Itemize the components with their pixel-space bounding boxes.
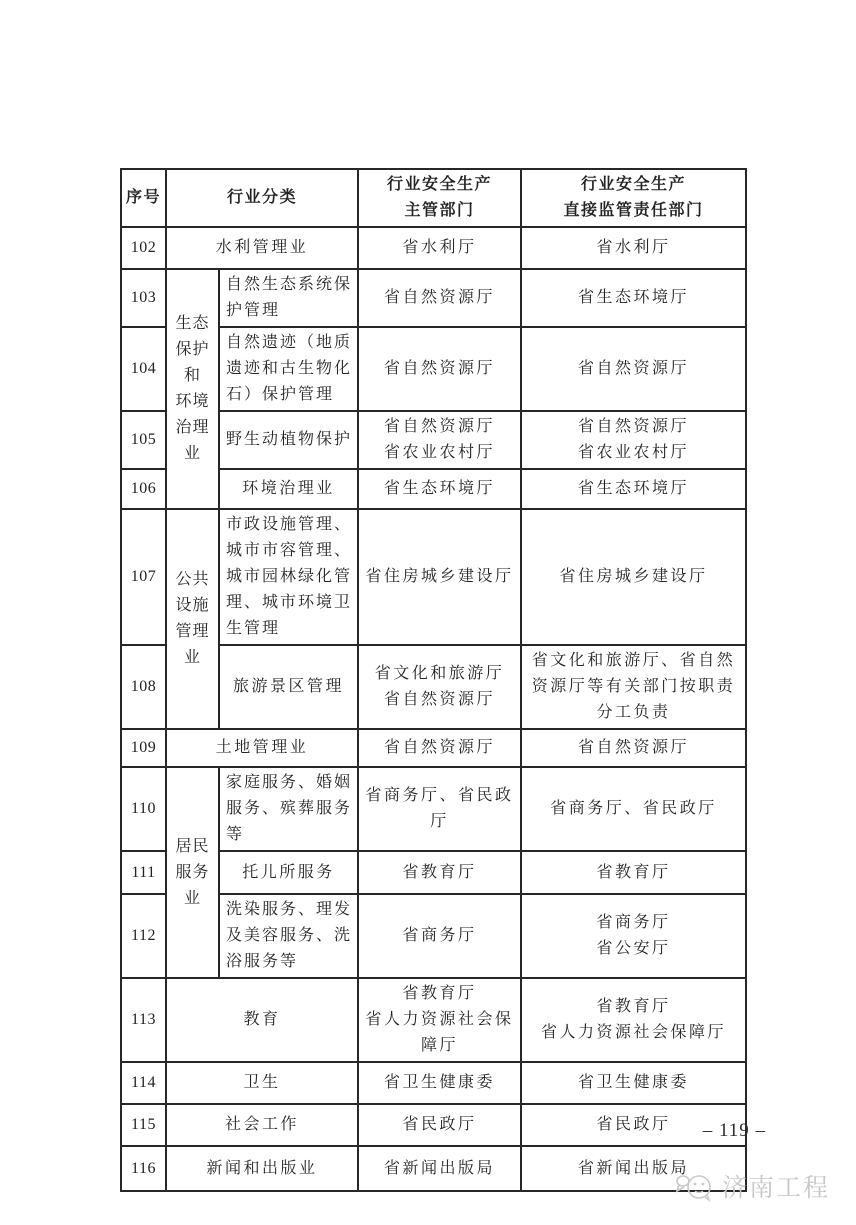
industry-cell: 市政设施管理、城市市容管理、城市园林绿化管理、城市环境卫生管理	[219, 509, 358, 645]
resp-cell: 省商务厅 省公安厅	[521, 894, 746, 978]
resp-cell: 省自然资源厅	[521, 327, 746, 411]
industry-group-cell: 生态 保护和 环境 治理业	[166, 269, 219, 509]
row-no: 104	[121, 327, 166, 411]
industry-cell: 旅游景区管理	[219, 645, 358, 729]
watermark-logo-text: 济南工程	[722, 1168, 830, 1204]
dept-cell: 省自然资源厅	[358, 269, 521, 327]
dept-cell: 省商务厅、省民政厅	[358, 767, 521, 851]
industry-cell: 环境治理业	[219, 469, 358, 509]
row-no: 109	[121, 729, 166, 767]
header-industry: 行业分类	[166, 169, 358, 227]
resp-cell: 省生态环境厅	[521, 269, 746, 327]
resp-cell: 省自然资源厅	[521, 729, 746, 767]
industry-cell: 教育	[166, 978, 358, 1062]
resp-cell: 省住房城乡建设厅	[521, 509, 746, 645]
dept-cell: 省文化和旅游厅 省自然资源厅	[358, 645, 521, 729]
dept-cell: 省民政厅	[358, 1104, 521, 1146]
row-no: 111	[121, 851, 166, 894]
industry-cell: 托儿所服务	[219, 851, 358, 894]
industry-cell: 社会工作	[166, 1104, 358, 1146]
resp-cell: 省水利厅	[521, 227, 746, 269]
row-no: 112	[121, 894, 166, 978]
industry-cell: 野生动植物保护	[219, 411, 358, 469]
dept-cell: 省教育厅	[358, 851, 521, 894]
row-no: 114	[121, 1062, 166, 1104]
row-no: 108	[121, 645, 166, 729]
table-row: 113 教育 省教育厅 省人力资源社会保障厅 省教育厅 省人力资源社会保障厅	[121, 978, 746, 1062]
table-header-row: 序号 行业分类 行业安全生产 主管部门 行业安全生产 直接监管责任部门	[121, 169, 746, 227]
table-row: 110 居民 服务业 家庭服务、婚姻服务、殡葬服务等 省商务厅、省民政厅 省商务…	[121, 767, 746, 851]
header-resp: 行业安全生产 直接监管责任部门	[521, 169, 746, 227]
table-row: 107 公共 设施 管理业 市政设施管理、城市市容管理、城市园林绿化管理、城市环…	[121, 509, 746, 645]
industry-cell: 水利管理业	[166, 227, 358, 269]
header-no: 序号	[121, 169, 166, 227]
row-no: 110	[121, 767, 166, 851]
row-no: 115	[121, 1104, 166, 1146]
table-row: 116 新闻和出版业 省新闻出版局 省新闻出版局	[121, 1146, 746, 1191]
row-no: 116	[121, 1146, 166, 1191]
document-page: 序号 行业分类 行业安全生产 主管部门 行业安全生产 直接监管责任部门 102 …	[0, 0, 856, 1225]
dept-cell: 省自然资源厅	[358, 327, 521, 411]
dept-cell: 省住房城乡建设厅	[358, 509, 521, 645]
industry-cell: 新闻和出版业	[166, 1146, 358, 1191]
row-no: 107	[121, 509, 166, 645]
dept-cell: 省水利厅	[358, 227, 521, 269]
dept-cell: 省自然资源厅 省农业农村厅	[358, 411, 521, 469]
row-no: 102	[121, 227, 166, 269]
table-row: 102 水利管理业 省水利厅 省水利厅	[121, 227, 746, 269]
table-row: 114 卫生 省卫生健康委 省卫生健康委	[121, 1062, 746, 1104]
resp-cell: 省生态环境厅	[521, 469, 746, 509]
row-no: 106	[121, 469, 166, 509]
table-row: 103 生态 保护和 环境 治理业 自然生态系统保护管理 省自然资源厅 省生态环…	[121, 269, 746, 327]
header-dept: 行业安全生产 主管部门	[358, 169, 521, 227]
watermark-logo: 济南工程	[675, 1168, 830, 1204]
industry-cell: 自然遗迹（地质遗迹和古生物化石）保护管理	[219, 327, 358, 411]
industry-cell: 自然生态系统保护管理	[219, 269, 358, 327]
resp-cell: 省教育厅	[521, 851, 746, 894]
resp-cell: 省文化和旅游厅、省自然资源厅等有关部门按职责分工负责	[521, 645, 746, 729]
row-no: 105	[121, 411, 166, 469]
dept-cell: 省商务厅	[358, 894, 521, 978]
industry-cell: 卫生	[166, 1062, 358, 1104]
industry-cell: 土地管理业	[166, 729, 358, 767]
resp-cell: 省商务厅、省民政厅	[521, 767, 746, 851]
dept-cell: 省教育厅 省人力资源社会保障厅	[358, 978, 521, 1062]
row-no: 103	[121, 269, 166, 327]
resp-cell: 省教育厅 省人力资源社会保障厅	[521, 978, 746, 1062]
chick-megaphone-icon	[675, 1169, 715, 1203]
table-row: 109 土地管理业 省自然资源厅 省自然资源厅	[121, 729, 746, 767]
industry-supervision-table: 序号 行业分类 行业安全生产 主管部门 行业安全生产 直接监管责任部门 102 …	[120, 168, 747, 1192]
dept-cell: 省生态环境厅	[358, 469, 521, 509]
dept-cell: 省自然资源厅	[358, 729, 521, 767]
page-number: – 119 –	[703, 1120, 766, 1142]
industry-cell: 家庭服务、婚姻服务、殡葬服务等	[219, 767, 358, 851]
resp-cell: 省自然资源厅 省农业农村厅	[521, 411, 746, 469]
dept-cell: 省新闻出版局	[358, 1146, 521, 1191]
dept-cell: 省卫生健康委	[358, 1062, 521, 1104]
industry-group-cell: 公共 设施 管理业	[166, 509, 219, 729]
resp-cell: 省卫生健康委	[521, 1062, 746, 1104]
table-row: 115 社会工作 省民政厅 省民政厅	[121, 1104, 746, 1146]
industry-cell: 洗染服务、理发及美容服务、洗浴服务等	[219, 894, 358, 978]
industry-group-cell: 居民 服务业	[166, 767, 219, 978]
row-no: 113	[121, 978, 166, 1062]
